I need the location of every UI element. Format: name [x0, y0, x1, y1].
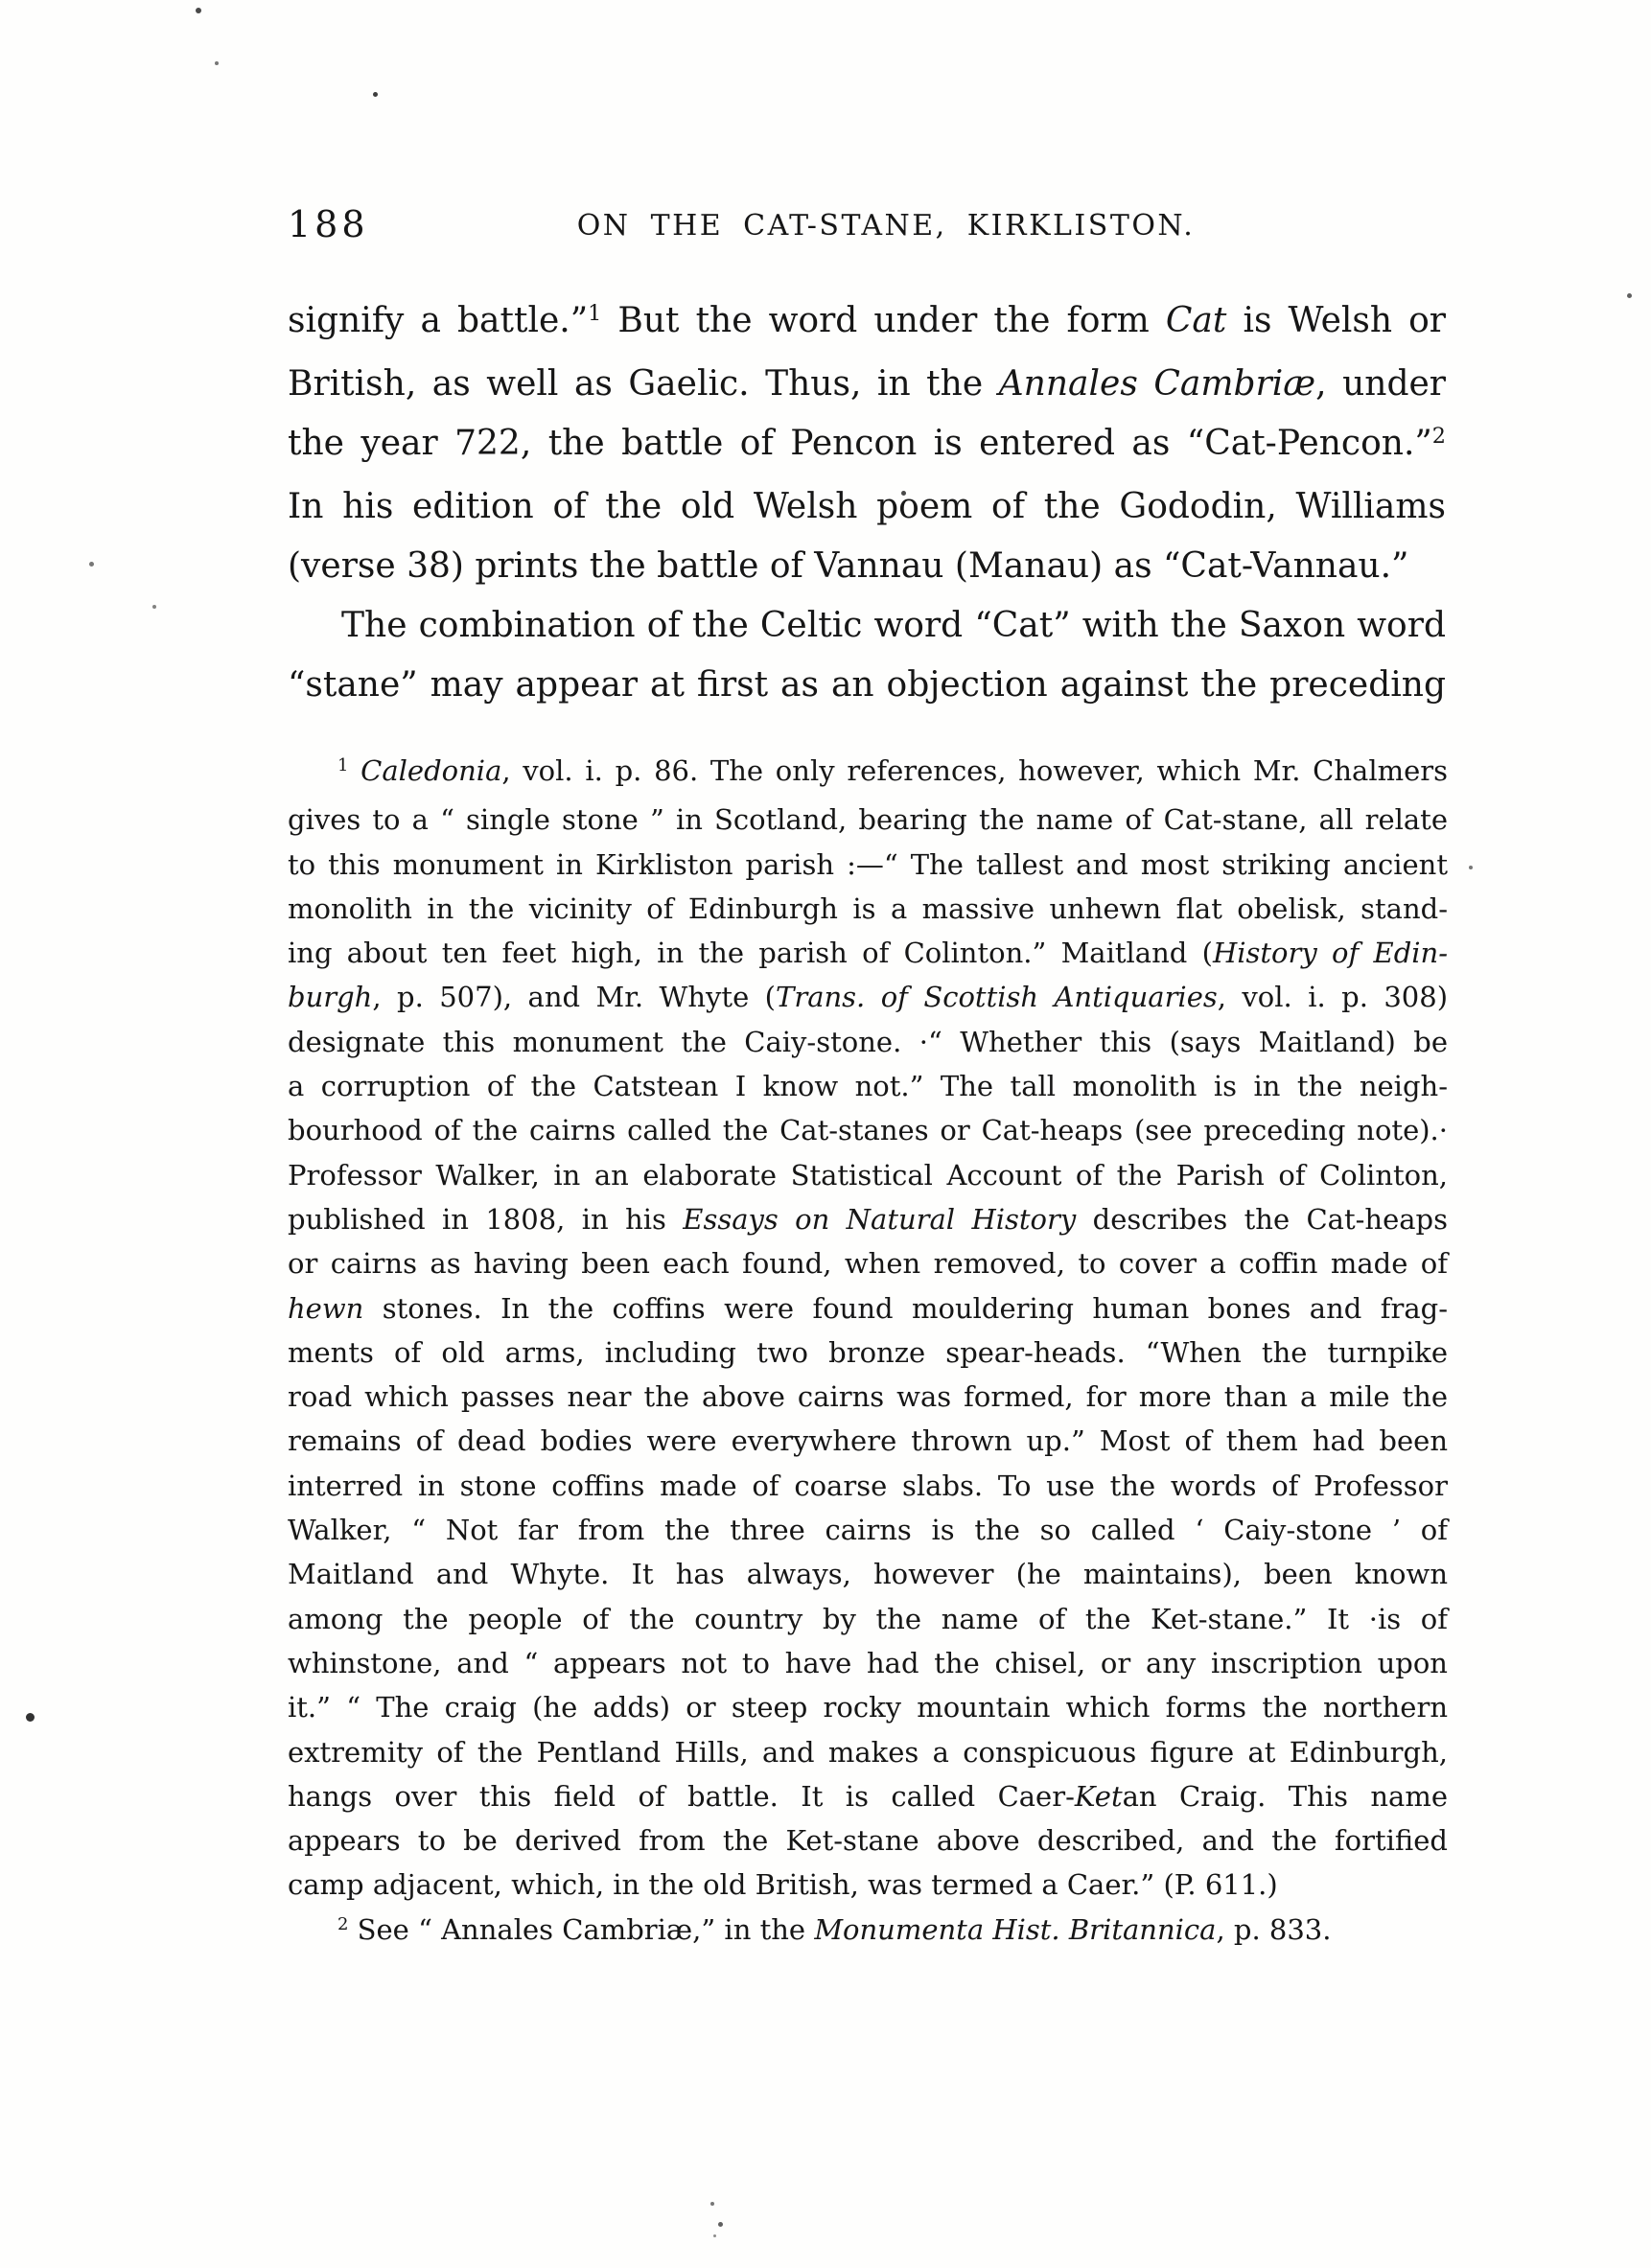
italic-text-run: Trans. of Scottish Antiquaries: [776, 981, 1218, 1013]
page-header: 188 ON THE CAT-STANE, KIRKLISTON.: [288, 203, 1446, 251]
text-run: the year 722, the battle of Pencon is en…: [288, 424, 1432, 463]
footnote-line: monolith in the vicinity of Edinburgh is…: [288, 887, 1448, 931]
text-run: or cairns as having been each found, whe…: [288, 1247, 1448, 1280]
italic-text-run: burgh: [288, 981, 372, 1013]
scan-speck: [215, 61, 219, 65]
footnotes: 1 Caledonia, vol. i. p. 86. The only ref…: [288, 749, 1448, 1956]
scan-speck: [713, 2234, 716, 2237]
footnote-line: ing about ten feet high, in the parish o…: [288, 931, 1448, 975]
italic-text-run: Essays on Natural History: [683, 1203, 1076, 1236]
scan-speck: [1627, 293, 1632, 298]
text-run: But the word under the form: [601, 301, 1166, 340]
footnote-line: or cairns as having been each found, whe…: [288, 1241, 1448, 1285]
text-run: stones. In the coffins were found moulde…: [363, 1292, 1448, 1325]
footnote-line: Professor Walker, in an elaborate Statis…: [288, 1153, 1448, 1197]
scan-speck: [373, 92, 378, 97]
footnote-marker: 2: [1432, 424, 1446, 449]
italic-text-run: Ket: [1075, 1780, 1123, 1813]
text-run: , vol. i. p. 308): [1218, 981, 1448, 1013]
text-run: describes the Cat-heaps: [1076, 1203, 1448, 1236]
text-run: among the people of the country by the n…: [288, 1603, 1448, 1635]
footnote-line: bourhood of the cairns called the Cat-st…: [288, 1108, 1448, 1152]
text-run: a corruption of the Catstean I know not.…: [288, 1070, 1448, 1102]
text-run: The combination of the Celtic word “Cat”…: [341, 606, 1446, 645]
text-run: is Welsh or: [1226, 301, 1446, 340]
text-run: Maitland and Whyte. It has always, howev…: [288, 1558, 1448, 1590]
text-run: , vol. i. p. 86. The only references, ho…: [501, 754, 1448, 787]
body-text-line: (verse 38) prints the battle of Vannau (…: [288, 537, 1446, 596]
text-run: In his edition of the old Welsh poem of …: [288, 487, 1446, 526]
body-text-line: “stane” may appear at first as an object…: [288, 656, 1446, 715]
text-run: , p. 833.: [1216, 1913, 1331, 1946]
footnote-line: camp adjacent, which, in the old British…: [288, 1863, 1448, 1907]
footnote-line: hewn stones. In the coffins were found m…: [288, 1286, 1448, 1331]
footnote-line: Walker, “ Not far from the three cairns …: [288, 1508, 1448, 1552]
footnote-line: it.” “ The craig (he adds) or steep rock…: [288, 1685, 1448, 1729]
text-run: camp adjacent, which, in the old British…: [288, 1868, 1278, 1901]
body-text-line: British, as well as Gaelic. Thus, in the…: [288, 355, 1446, 414]
text-run: hangs over this field of battle. It is c…: [288, 1780, 1075, 1813]
text-run: remains of dead bodies were everywhere t…: [288, 1424, 1448, 1457]
text-run: whinstone, and “ appears not to have had…: [288, 1647, 1448, 1679]
text-run: (verse 38) prints the battle of Vannau (…: [288, 546, 1408, 586]
text-run: extremity of the Pentland Hills, and mak…: [288, 1736, 1448, 1769]
footnote-marker: 1: [337, 755, 348, 775]
footnote-line: gives to a “ single stone ” in Scotland,…: [288, 798, 1448, 842]
text-run: See “ Annales Cambriæ,” in the: [348, 1913, 814, 1946]
text-run: interred in stone coffins made of coarse…: [288, 1470, 1448, 1502]
scan-speck: [718, 2222, 723, 2227]
italic-text-run: Caledonia: [360, 754, 501, 787]
scan-speck: [710, 2202, 714, 2206]
footnote-line: appears to be derived from the Ket-stane…: [288, 1818, 1448, 1863]
footnote-line: road which passes near the above cairns …: [288, 1375, 1448, 1419]
text-run: it.” “ The craig (he adds) or steep rock…: [288, 1691, 1448, 1724]
italic-text-run: History of Edin-: [1213, 937, 1448, 969]
text-run: appears to be derived from the Ket-stane…: [288, 1824, 1448, 1857]
text-run: , under: [1315, 364, 1446, 404]
text-run: Professor Walker, in an elaborate Statis…: [288, 1159, 1448, 1192]
scan-speck: [26, 1713, 35, 1722]
text-run: “stane” may appear at first as an object…: [288, 665, 1446, 705]
footnote-line: to this monument in Kirkliston parish :—…: [288, 843, 1448, 887]
footnote-line: among the people of the country by the n…: [288, 1597, 1448, 1641]
footnote-line: burgh, p. 507), and Mr. Whyte (Trans. of…: [288, 975, 1448, 1019]
text-run: ing about ten feet high, in the parish o…: [288, 937, 1213, 969]
footnote-line: published in 1808, in his Essays on Natu…: [288, 1197, 1448, 1241]
footnote-line: remains of dead bodies were everywhere t…: [288, 1419, 1448, 1463]
italic-text-run: hewn: [288, 1292, 363, 1325]
footnote-marker: 2: [337, 1914, 348, 1934]
footnote-marker: 1: [588, 301, 601, 326]
footnote-line: extremity of the Pentland Hills, and mak…: [288, 1730, 1448, 1774]
scan-speck: [152, 605, 156, 609]
scan-speck: [1469, 866, 1473, 869]
footnote-line: ments of old arms, including two bronze …: [288, 1331, 1448, 1375]
footnote-line: designate this monument the Caiy-stone. …: [288, 1020, 1448, 1064]
text-run: monolith in the vicinity of Edinburgh is…: [288, 892, 1448, 925]
text-run: ments of old arms, including two bronze …: [288, 1336, 1448, 1369]
running-title: ON THE CAT-STANE, KIRKLISTON.: [326, 209, 1446, 243]
footnote-line: a corruption of the Catstean I know not.…: [288, 1064, 1448, 1108]
text-run: to this monument in Kirkliston parish :—…: [288, 848, 1448, 881]
italic-text-run: Annales Cambriæ: [999, 364, 1315, 404]
italic-text-run: Cat: [1166, 301, 1226, 340]
footnote-line: 2 See “ Annales Cambriæ,” in the Monumen…: [288, 1908, 1448, 1956]
body-text-line: The combination of the Celtic word “Cat”…: [288, 596, 1446, 656]
text-run: an Craig. This name: [1123, 1780, 1448, 1813]
body-text: signify a battle.”1 But the word under t…: [288, 291, 1446, 715]
book-page: 188 ON THE CAT-STANE, KIRKLISTON. signif…: [0, 0, 1651, 2268]
scan-speck: [901, 491, 906, 496]
scan-speck: [89, 562, 94, 567]
text-run: , p. 507), and Mr. Whyte (: [372, 981, 776, 1013]
text-run: published in 1808, in his: [288, 1203, 683, 1236]
italic-text-run: Monumenta Hist. Britannica: [814, 1913, 1216, 1946]
footnote-line: 1 Caledonia, vol. i. p. 86. The only ref…: [288, 749, 1448, 798]
text-run: gives to a “ single stone ” in Scotland,…: [288, 803, 1448, 836]
text-run: bourhood of the cairns called the Cat-st…: [288, 1114, 1448, 1146]
text-run: signify a battle.”: [288, 301, 588, 340]
footnote-line: hangs over this field of battle. It is c…: [288, 1774, 1448, 1818]
footnote-line: Maitland and Whyte. It has always, howev…: [288, 1552, 1448, 1596]
footnote-line: whinstone, and “ appears not to have had…: [288, 1641, 1448, 1685]
text-run: British, as well as Gaelic. Thus, in the: [288, 364, 999, 404]
footnote-line: interred in stone coffins made of coarse…: [288, 1464, 1448, 1508]
body-text-line: the year 722, the battle of Pencon is en…: [288, 414, 1446, 477]
scan-speck: [196, 8, 201, 13]
text-run: Walker, “ Not far from the three cairns …: [288, 1514, 1448, 1546]
body-text-line: In his edition of the old Welsh poem of …: [288, 477, 1446, 537]
body-text-line: signify a battle.”1 But the word under t…: [288, 291, 1446, 355]
text-run: designate this monument the Caiy-stone. …: [288, 1026, 1448, 1058]
text-run: [348, 754, 360, 787]
text-run: road which passes near the above cairns …: [288, 1380, 1448, 1413]
